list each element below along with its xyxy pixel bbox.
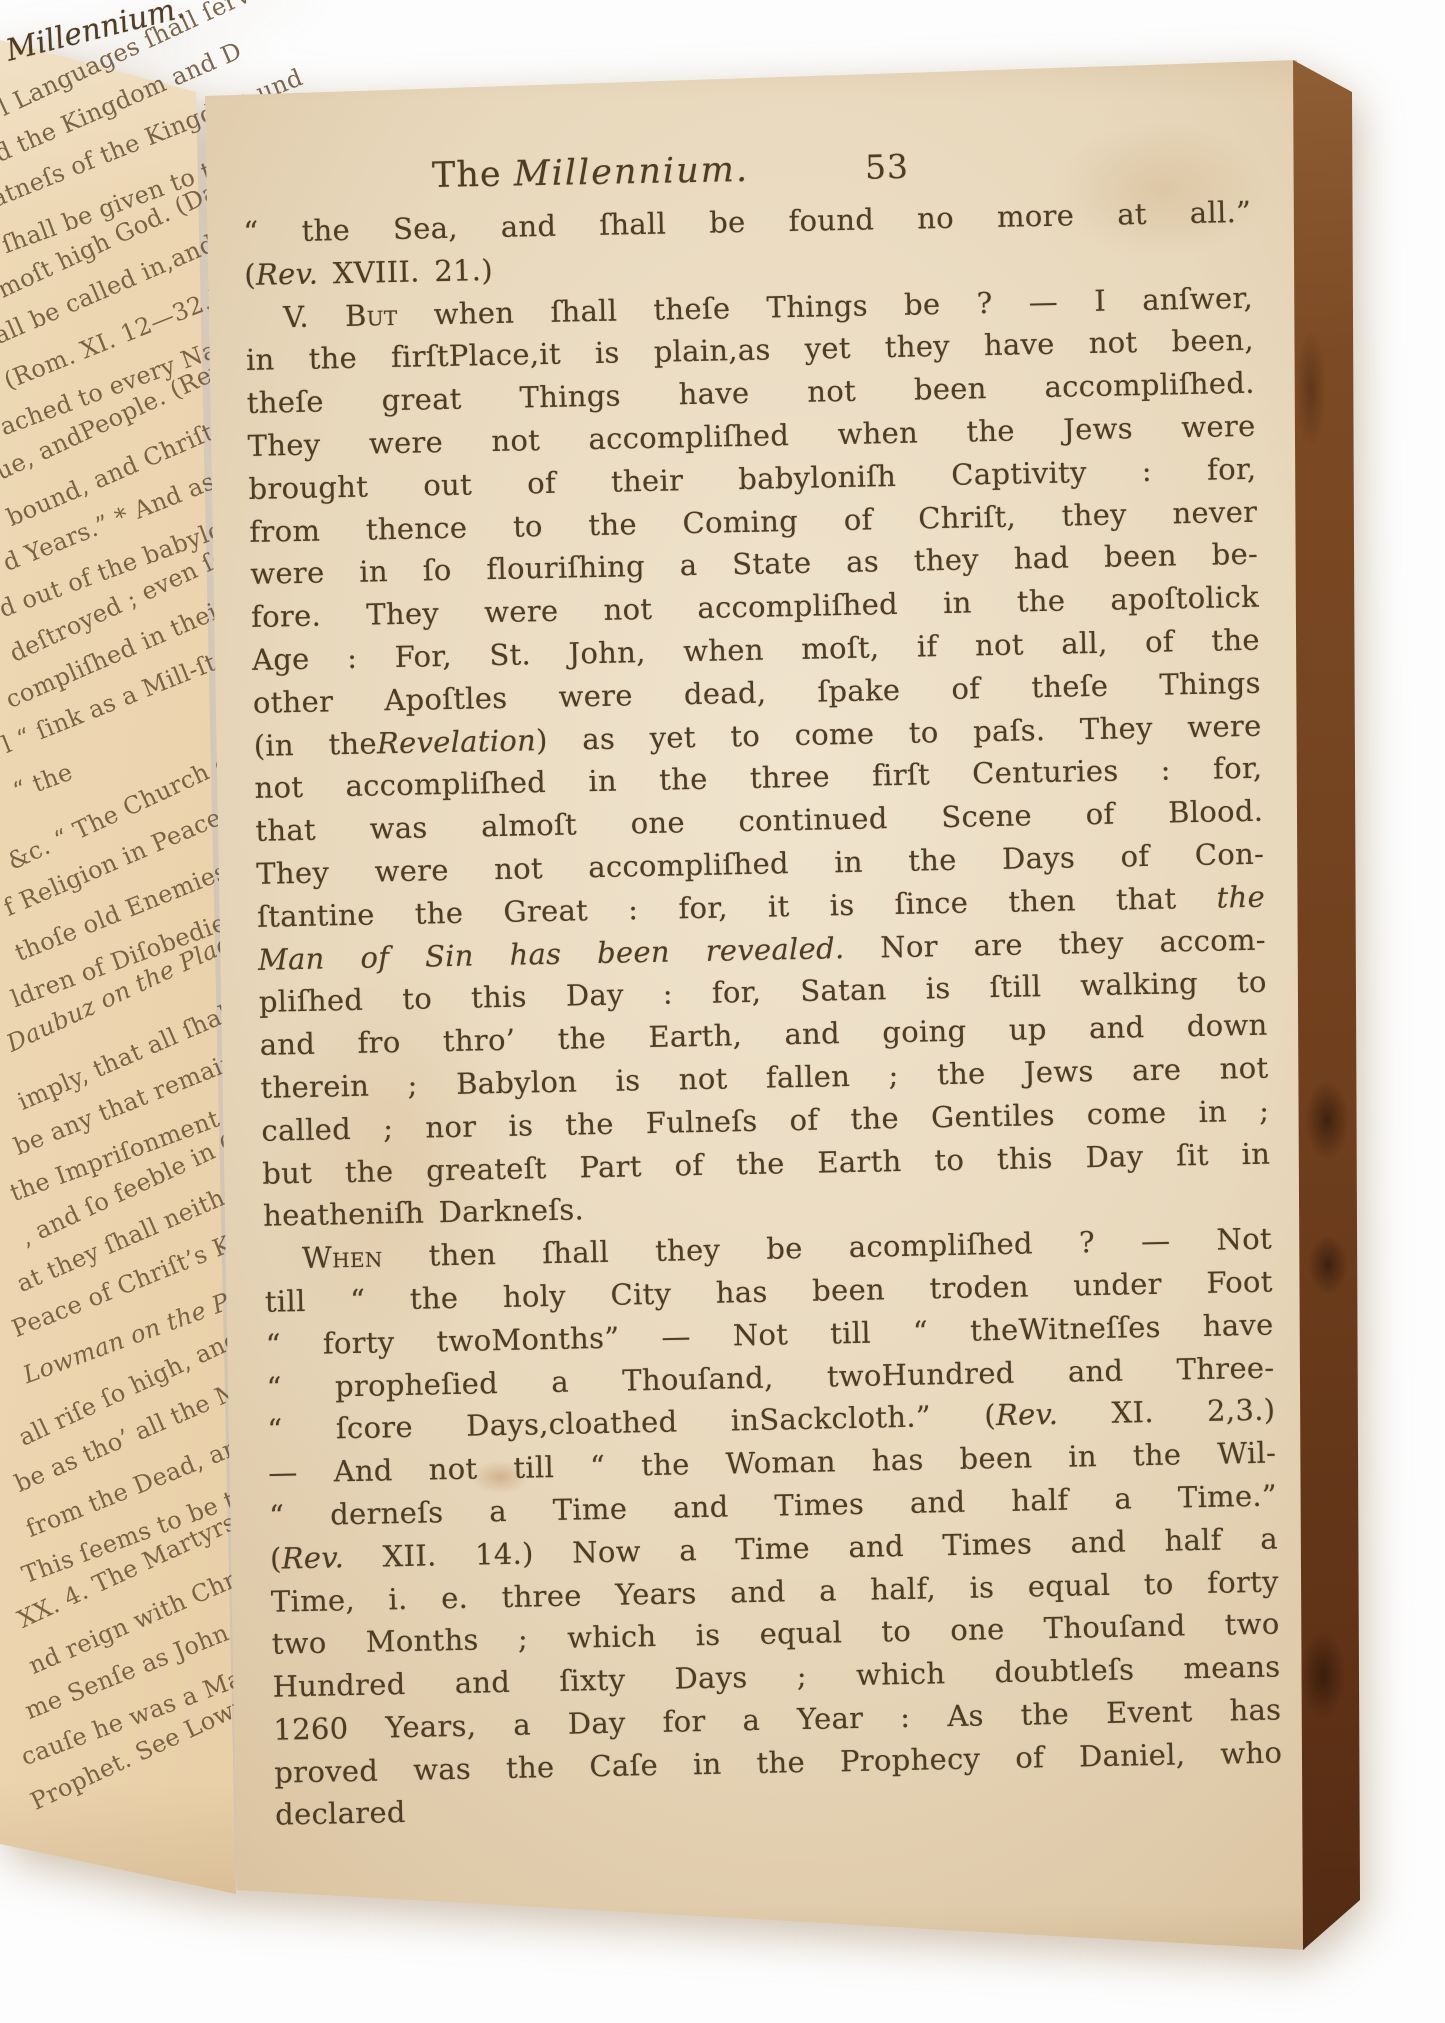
text-segment: the bbox=[1216, 879, 1265, 914]
text-segment: (in the bbox=[253, 726, 377, 762]
text-segment: Rev. bbox=[256, 256, 319, 291]
text-segment: XI. 2,3.) bbox=[1058, 1393, 1276, 1431]
text-segment: ut bbox=[366, 298, 397, 333]
text-segment: Rev. bbox=[996, 1397, 1059, 1432]
text-segment: heatheniſh Darkneſs. bbox=[263, 1193, 584, 1233]
leather-wear-mark bbox=[1300, 1630, 1346, 1720]
text-segment: W bbox=[302, 1241, 333, 1276]
text-segment: hen bbox=[332, 1240, 383, 1275]
page-number: 53 bbox=[865, 147, 910, 187]
text-segment: Rev. bbox=[281, 1540, 344, 1575]
book: Millennium. l Languages ſhall ſerve hid … bbox=[0, 0, 1445, 2023]
text-segment: Nor are they accom- bbox=[844, 922, 1266, 964]
running-title-prefix: The bbox=[432, 154, 514, 196]
text-segment: ( bbox=[270, 1541, 282, 1575]
text-segment: V. B bbox=[283, 298, 367, 334]
leather-wear-mark bbox=[1305, 1080, 1349, 1160]
page-body-text: “ the Sea, and ſhall be found no more at… bbox=[243, 191, 1283, 1837]
running-title: The Millennium. bbox=[432, 150, 750, 196]
book-photo: Millennium. l Languages ſhall ſerve hid … bbox=[0, 0, 1445, 2023]
text-segment: ( bbox=[244, 258, 256, 292]
leather-wear-mark bbox=[1308, 1235, 1348, 1295]
running-title-italic: Millennium. bbox=[513, 150, 749, 195]
text-segment: XVIII. 21.) bbox=[318, 253, 493, 290]
text-segment: Man of Sin has been revealed. bbox=[258, 931, 845, 977]
text-segment: Revelation bbox=[377, 723, 537, 760]
leather-wear-mark bbox=[1296, 330, 1326, 450]
